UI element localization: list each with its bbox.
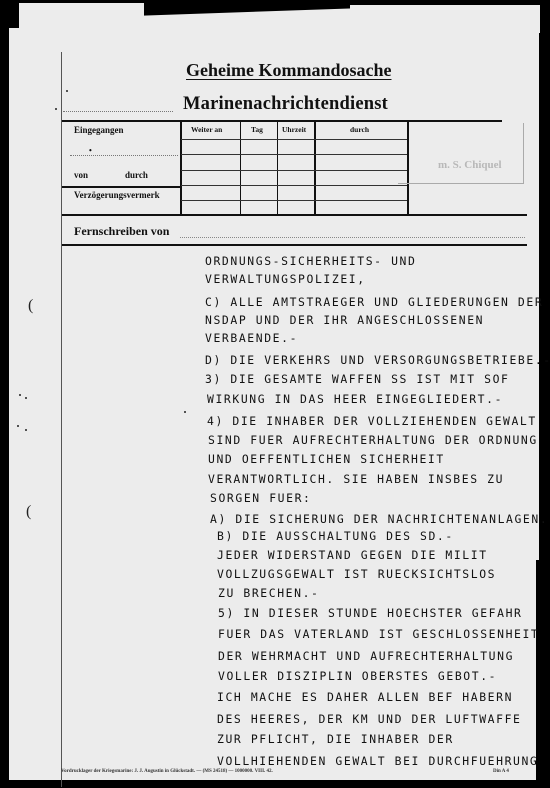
telex-line: VOLLHIEHENDEN GEWALT BEI DURCHFUEHRUNG [217,754,538,768]
telex-line: SORGEN FUER: [210,491,312,505]
form-row-line [181,170,407,171]
form-row-line [62,186,180,188]
faded-stamp: m. S. Chiquel [398,123,524,184]
telex-line: DES HEERES, DER KM UND DER LUFTWAFFE [217,712,521,726]
speck [66,90,68,92]
form-row-line [181,139,407,140]
telex-line: UND OEFFENTLICHEN SICHERHEIT [208,452,445,466]
telex-line: WIRKUNG IN DAS HEER EINGEGLIEDERT.- [207,392,503,406]
speck [55,108,57,110]
telex-line: JEDER WIDERSTAND GEGEN DIE MILIT [217,548,488,562]
telex-line: D) DIE VERKEHRS UND VERSORGUNGSBETRIEBE.… [205,353,550,367]
telex-line: ICH MACHE ES DAHER ALLEN BEF HABERN [217,690,513,704]
form-row-line [181,200,407,201]
form-row-line [181,185,407,186]
column-header-weiter-an: Weiter an [191,125,222,134]
telex-line: VOLLZUGSGEWALT IST RUECKSICHTSLOS [217,567,496,581]
stamp-text: m. S. Chiquel [438,159,502,171]
column-header-uhrzeit: Uhrzeit [282,125,306,134]
bullet: • [89,146,92,155]
classification-heading: Geheime Kommandosache [186,60,391,81]
form-bottom-rule [62,214,527,216]
dotted-line [63,111,173,112]
von-label: von [74,170,88,180]
durch-label: durch [125,170,148,180]
dotted-field [70,155,178,156]
telex-line: VERBAENDE.- [205,331,298,345]
speck [25,429,27,431]
column-header-durch: durch [350,125,369,134]
paper-format: Din A 4 [493,769,509,774]
telex-line: FUER DAS VATERLAND IST GESCHLOSSENHEIT [218,627,539,641]
telex-line: VERWALTUNGSPOLIZEI, [205,272,366,286]
speck [19,394,21,396]
telex-line: VERANTWORTLICH. SIE HABEN INSBES ZU [208,472,504,486]
telex-line: NSDAP UND DER IHR ANGESCHLOSSENEN [205,313,484,327]
telex-line: ZU BRECHEN.- [218,586,320,600]
form-row-line [181,154,407,155]
telex-line: 5) IN DIESER STUNDE HOECHSTER GEFAHR [218,606,522,620]
fernschreiben-label: Fernschreiben von [74,224,169,239]
printer-imprint: Vordrucklager der Kriegsmarine: J. J. Au… [61,769,273,774]
speck [17,425,19,427]
speck [25,397,27,399]
telex-line: 3) DIE GESAMTE WAFFEN SS IST MIT SOF [205,372,509,386]
telex-line: SIND FUER AUFRECHTERHALTUNG DER ORDNUNG [208,433,538,447]
telex-line: DER WEHRMACHT UND AUFRECHTERHALTUNG [218,649,514,663]
fernschreiben-rule [62,244,527,246]
telex-line: VOLLER DISZIPLIN OBERSTES GEBOT.- [218,669,497,683]
form-top-rule [62,120,502,122]
speck [184,411,186,413]
punch-mark: ( [28,297,33,315]
eingegangen-label: Eingegangen [74,125,124,135]
service-heading: Marinenachrichtendienst [183,94,388,115]
telex-line: ZUR PFLICHT, DIE INHABER DER [217,732,454,746]
telex-line: B) DIE AUSSCHALTUNG DES SD.- [217,529,454,543]
column-header-tag: Tag [251,125,263,134]
telex-line: ORDNUNGS-SICHERHEITS- UND [205,254,416,268]
punch-mark: ( [26,503,31,521]
margin-line [61,52,62,787]
telex-line: 4) DIE INHABER DER VOLLZIEHENDEN GEWALT [207,414,537,428]
dotted-field [180,237,525,238]
telex-line: C) ALLE AMTSTRAEGER UND GLIEDERUNGEN DER [205,295,543,309]
telex-line: A) DIE SICHERUNG DER NACHRICHTENANLAGEN.… [210,512,550,526]
verzoegerung-label: Verzögerungsvermerk [74,190,160,200]
